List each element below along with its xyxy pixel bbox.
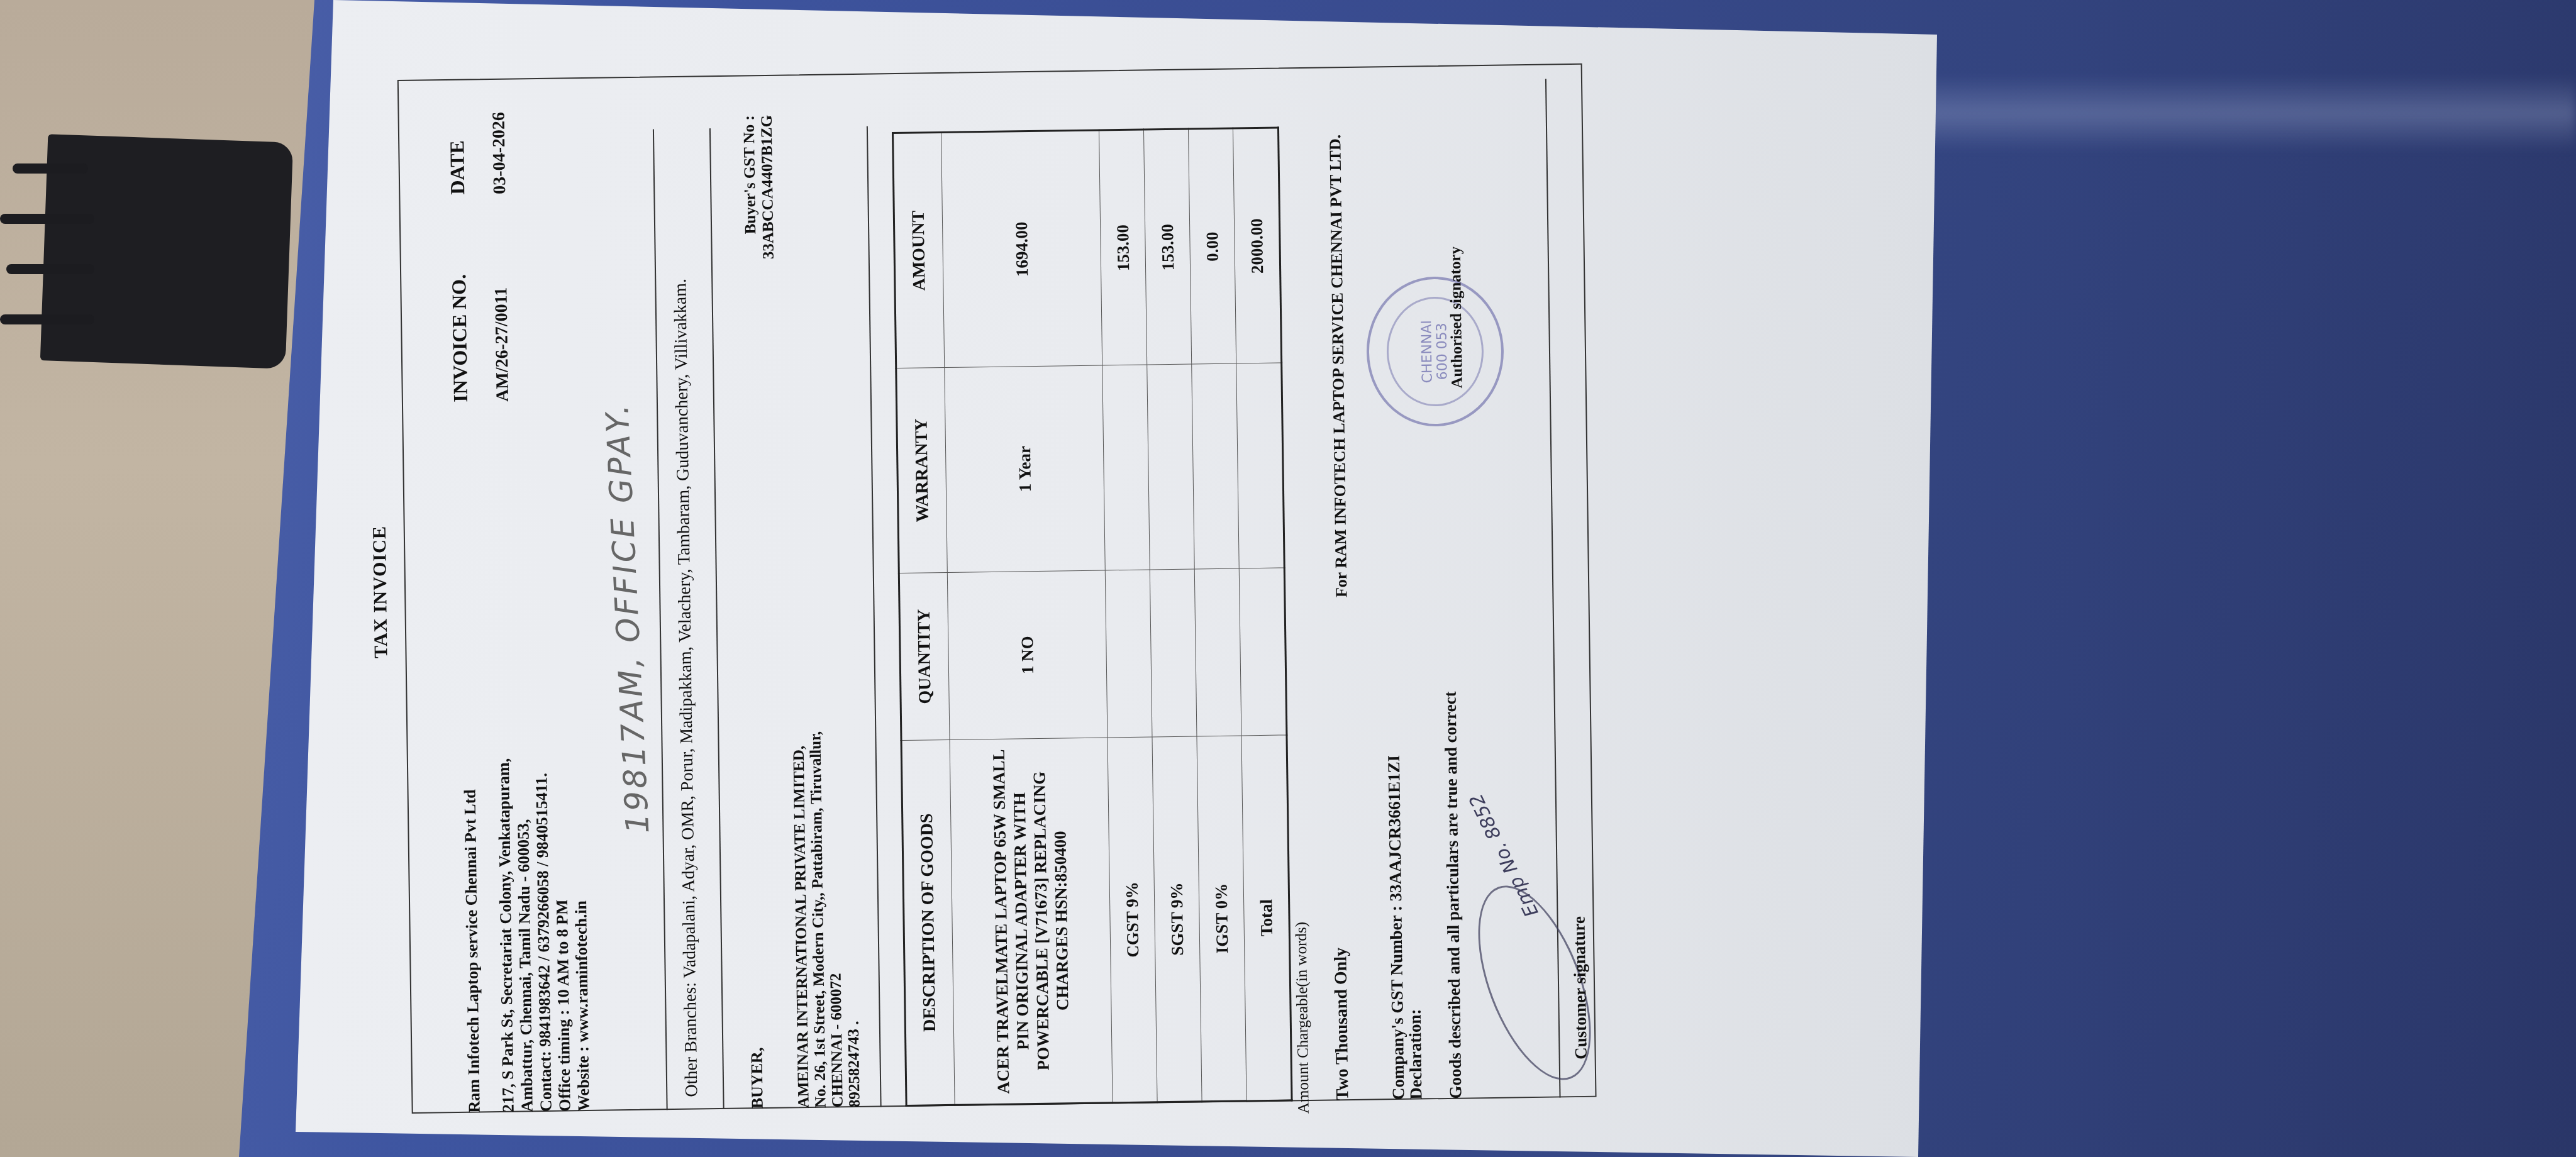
authorised-signatory-label: Authorised signatory [1447, 246, 1467, 389]
scarf-fringe [0, 214, 94, 224]
invoice-number-label: INVOICE NO. [447, 213, 493, 402]
scarf-fringe [0, 314, 94, 324]
buyer-gst-label: Buyer's GST No : [741, 115, 761, 304]
buyer-address: AMEINAR INTERNATIONAL PRIVATE LIMITED, N… [790, 731, 863, 1109]
buyer-gst: Buyer's GST No : 33ABCCA4407B1ZG [741, 115, 779, 304]
item-amount: 1694.00 [941, 130, 1102, 368]
date-label: DATE [443, 6, 490, 195]
header-warranty: WARRANTY [896, 368, 948, 573]
seller-block: Ram Infotech Laptop service Chennai Pvt … [460, 757, 594, 1113]
item-quantity: 1 NO [947, 570, 1108, 740]
total-amount: 2000.00 [1233, 128, 1281, 363]
invoice-number: AM/26-27/0011 [491, 213, 513, 402]
tax-label: CGST 9% [1108, 737, 1157, 1102]
total-label: Total [1241, 735, 1292, 1100]
tax-label: SGST 9% [1152, 736, 1202, 1102]
buyer-gst-number: 33ABCCA4407B1ZG [758, 115, 779, 304]
tax-invoice-document: TAX INVOICE Ram Infotech Laptop service … [438, 40, 1648, 1126]
scarf-fringe [13, 163, 88, 174]
light-glare [1887, 75, 2576, 151]
tax-label: IGST 0% [1197, 736, 1246, 1101]
tax-amount: 153.00 [1099, 130, 1146, 365]
buyer-label: BUYER, [747, 1048, 767, 1109]
header-description: DESCRIPTION OF GOODS [901, 740, 955, 1106]
table-row: ACER TRAVELMATE LAPTOP 65W SMALL PIN ORI… [941, 130, 1113, 1105]
tax-amount: 153.00 [1143, 129, 1191, 365]
tax-amount: 0.00 [1188, 128, 1236, 364]
company-gst-block: Company's GST Number : 33AAJCR3661E1ZI D… [1385, 755, 1425, 1100]
scarf-fringe [6, 264, 94, 274]
customer-signature-label: Customer signature [1570, 916, 1591, 1060]
amount-words-label: Amount Chargeable(in words) [1293, 922, 1313, 1114]
invoice-date: 03-04-2026 [487, 6, 510, 194]
items-table: DESCRIPTION OF GOODS QUANTITY WARRANTY A… [892, 126, 1293, 1106]
item-warranty: 1 Year [945, 365, 1106, 572]
amount-in-words: Two Thousand Only [1331, 948, 1353, 1101]
item-description: ACER TRAVELMATE LAPTOP 65W SMALL PIN ORI… [950, 738, 1113, 1105]
header-amount: AMOUNT [893, 133, 945, 368]
header-quantity: QUANTITY [899, 572, 950, 741]
